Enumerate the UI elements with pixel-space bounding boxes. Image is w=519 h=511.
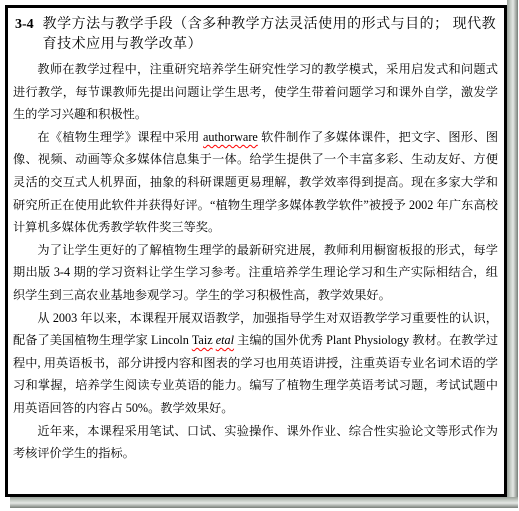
spellcheck-word: authorware [203, 130, 258, 144]
text-run: 近年来，本课程采用笔试、口试、实验操作、课外作业、综合性实验论文等形式作为考核评… [13, 424, 498, 461]
page-shadow-bottom [10, 497, 518, 508]
paragraph-2: 在《植物生理学》课程中采用 authorware 软件制作了多媒体课件，把文字、… [13, 126, 498, 239]
spellcheck-word-italic: etal [216, 333, 234, 347]
document-page: 3-4 教学方法与教学手段（含多种教学方法灵活使用的形式与目的； 现代教育技术应… [0, 0, 519, 511]
paragraph-5: 近年来，本课程采用笔试、口试、实验操作、课外作业、综合性实验论文等形式作为考核评… [13, 420, 498, 465]
page-shadow-right [507, 0, 518, 508]
spellcheck-word: Taiz [192, 333, 213, 347]
heading-text: 教学方法与教学手段（含多种教学方法灵活使用的形式与目的； 现代教育技术应用与教学… [43, 15, 498, 55]
document-frame: 3-4 教学方法与教学手段（含多种教学方法灵活使用的形式与目的； 现代教育技术应… [5, 5, 507, 497]
section-heading: 3-4 教学方法与教学手段（含多种教学方法灵活使用的形式与目的； 现代教育技术应… [15, 15, 498, 55]
text-run: 教师在教学过程中，注重研究培养学生研究性学习的教学模式，采用启发式和问题式进行教… [13, 62, 498, 121]
paragraph-3: 为了让学生更好的了解植物生理学的最新研究进展，教师利用橱窗板报的形式，每学期出版… [13, 239, 498, 307]
paragraph-1: 教师在教学过程中，注重研究培养学生研究性学习的教学模式，采用启发式和问题式进行教… [13, 58, 498, 126]
text-run: 软件制作了多媒体课件，把文字、图形、图像、视频、动画等众多媒体信息集于一体。给学… [13, 130, 498, 234]
heading-number: 3-4 [15, 15, 34, 35]
paragraph-4: 从 2003 年以来，本课程开展双语教学，加强指导学生对双语教学学习重要性的认识… [13, 307, 498, 420]
text-run: 为了让学生更好的了解植物生理学的最新研究进展，教师利用橱窗板报的形式，每学期出版… [13, 243, 498, 302]
text-run: 在《植物生理学》课程中采用 [37, 130, 203, 144]
